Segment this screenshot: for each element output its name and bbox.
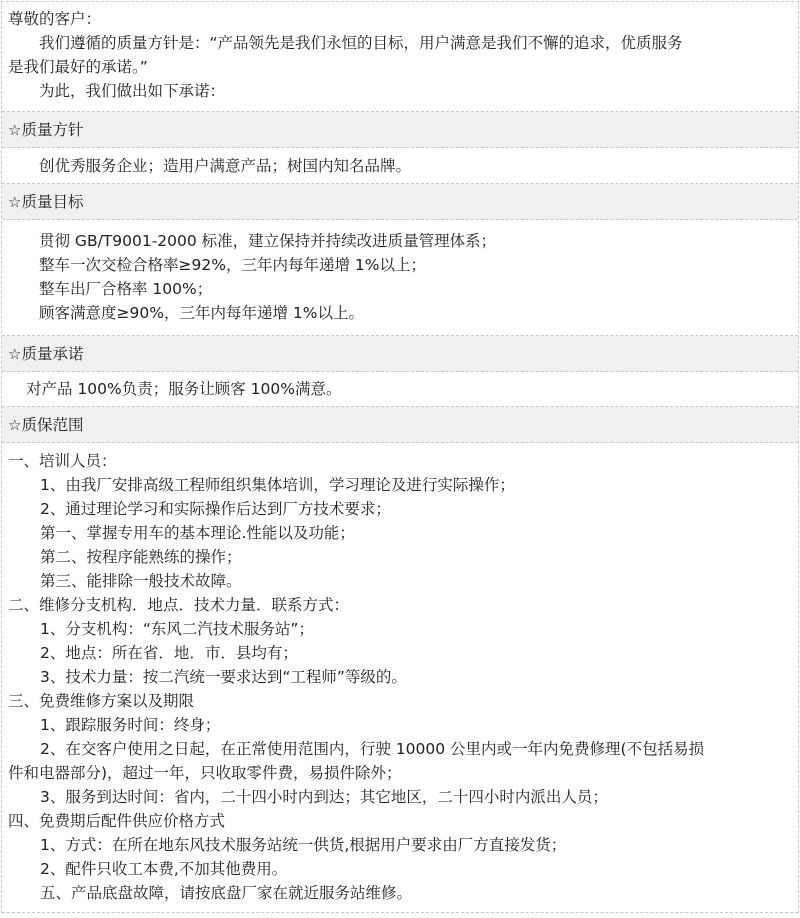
scope-item: 2、通过理论学习和实际操作后达到厂方技术要求； xyxy=(8,497,792,521)
scope-item: 1、由我厂安排高级工程师组织集体培训，学习理论及进行实际操作； xyxy=(8,473,792,497)
goals-list: 贯彻 GB/T9001-2000 标准，建立保持并持续改进质量管理体系； 整车一… xyxy=(2,220,798,336)
goal-item: 整车出厂合格率 100%； xyxy=(39,277,792,301)
star-icon: ☆ xyxy=(8,416,21,434)
scope-item: 2、配件只收工本费,不加其他费用。 xyxy=(8,857,792,881)
scope-item: 1、跟踪服务时间：终身； xyxy=(8,713,792,737)
goal-item: 贯彻 GB/T9001-2000 标准，建立保持并持续改进质量管理体系； xyxy=(39,229,792,253)
intro-block: 尊敬的客户： 我们遵循的质量方针是：“产品领先是我们永恒的目标，用户满意是我们不… xyxy=(2,2,798,112)
policy-statement-line-1: 我们遵循的质量方针是：“产品领先是我们永恒的目标，用户满意是我们不懈的追求，优质… xyxy=(8,31,792,55)
scope-item-continuation: 件和电器部分)，超过一年，只收取零件费，易损件除外； xyxy=(8,761,792,785)
section-title: 质保范围 xyxy=(21,416,83,434)
goal-item: 顾客满意度≥90%，三年内每年递增 1%以上。 xyxy=(39,301,792,325)
section-title: 质量承诺 xyxy=(21,345,83,363)
scope-item: 第二、按程序能熟练的操作； xyxy=(8,545,792,569)
section-title: 质量方针 xyxy=(21,121,83,139)
scope-item: 2、在交客户使用之日起，在正常使用范围内，行驶 10000 公里内或一年内免费修… xyxy=(8,737,792,761)
star-icon: ☆ xyxy=(8,193,21,211)
star-icon: ☆ xyxy=(8,345,21,363)
scope-heading-chassis: 五、产品底盘故障，请按底盘厂家在就近服务站维修。 xyxy=(8,881,792,905)
section-header-policy: ☆质量方针 xyxy=(2,112,798,148)
lead-in: 为此，我们做出如下承诺： xyxy=(8,79,792,103)
scope-list: 一、培训人员： 1、由我厂安排高级工程师组织集体培训，学习理论及进行实际操作； … xyxy=(2,443,798,913)
scope-heading-free-repair: 三、免费维修方案以及期限 xyxy=(8,689,792,713)
policy-statement-line-2: 是我们最好的承诺。” xyxy=(8,55,792,79)
section-header-goals: ☆质量目标 xyxy=(2,184,798,220)
scope-item: 1、方式：在所在地东风技术服务站统一供货,根据用户要求由厂方直接发货； xyxy=(8,833,792,857)
quality-commitment-document: 尊敬的客户： 我们遵循的质量方针是：“产品领先是我们永恒的目标，用户满意是我们不… xyxy=(1,1,799,913)
scope-item: 1、分支机构：“东风二汽技术服务站”； xyxy=(8,617,792,641)
scope-item: 3、服务到达时间：省内，二十四小时内到达；其它地区，二十四小时内派出人员； xyxy=(8,785,792,809)
section-header-scope: ☆质保范围 xyxy=(2,407,798,443)
scope-item: 3、技术力量：按二汽统一要求达到“工程师”等级的。 xyxy=(8,665,792,689)
star-icon: ☆ xyxy=(8,121,21,139)
scope-item: 第一、掌握专用车的基本理论.性能以及功能； xyxy=(8,521,792,545)
promise-text: 对产品 100%负责；服务让顾客 100%满意。 xyxy=(2,372,798,407)
policy-text: 创优秀服务企业；造用户满意产品；树国内知名品牌。 xyxy=(2,148,798,184)
section-title: 质量目标 xyxy=(21,193,83,211)
section-header-promise: ☆质量承诺 xyxy=(2,336,798,372)
scope-item: 2、地点：所在省．地．市．县均有； xyxy=(8,641,792,665)
scope-heading-branches: 二、维修分支机构．地点．技术力量．联系方式： xyxy=(8,593,792,617)
scope-heading-training: 一、培训人员： xyxy=(8,449,792,473)
scope-item: 第三、能排除一般技术故障。 xyxy=(8,569,792,593)
goal-item: 整车一次交检合格率≥92%，三年内每年递增 1%以上； xyxy=(39,253,792,277)
greeting: 尊敬的客户： xyxy=(8,7,792,31)
scope-heading-parts-pricing: 四、免费期后配件供应价格方式 xyxy=(8,809,792,833)
